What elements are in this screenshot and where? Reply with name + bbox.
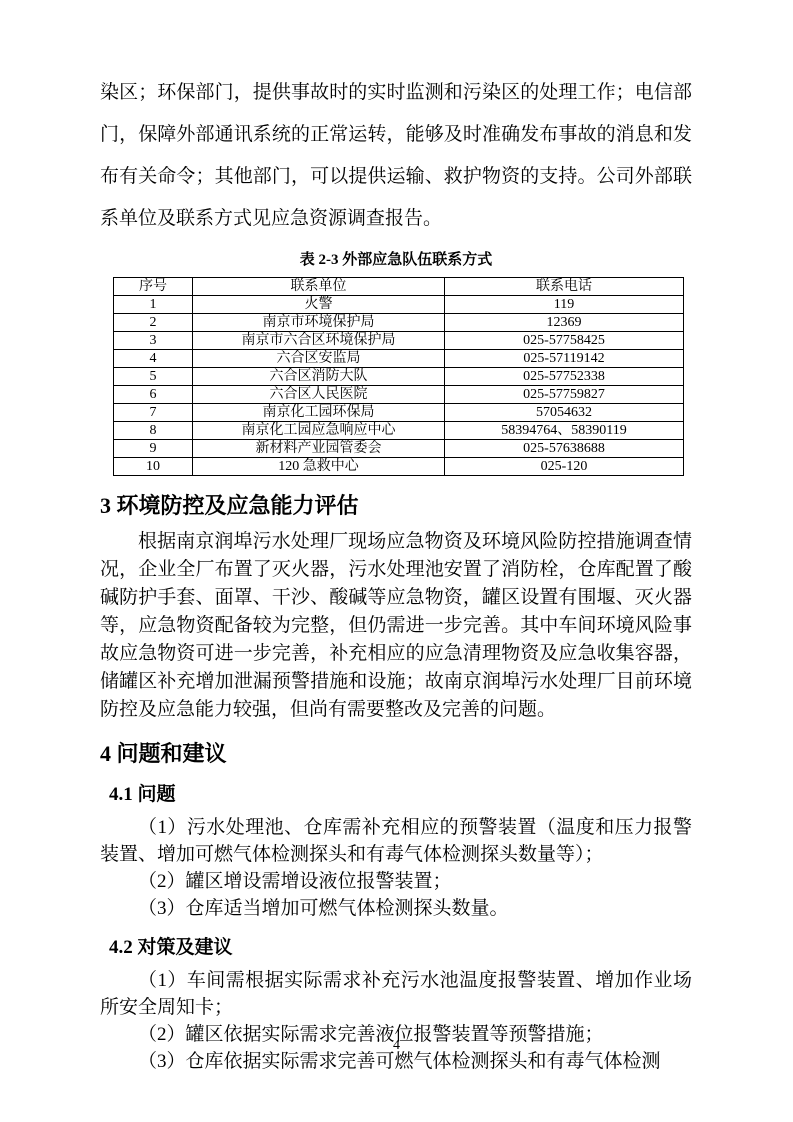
table-cell: 025-57752338 bbox=[445, 368, 684, 386]
table-cell: 六合区安监局 bbox=[193, 350, 445, 368]
list-item: （1）污水处理池、仓库需补充相应的预警装置（温度和压力报警装置、增加可燃气体检测… bbox=[100, 814, 692, 868]
contacts-table: 序号联系单位联系电话 1火警1192南京市环境保护局123693南京市六合区环境… bbox=[113, 277, 684, 476]
table-cell: 3 bbox=[114, 332, 193, 350]
table-cell: 南京市六合区环境保护局 bbox=[193, 332, 445, 350]
table-cell: 12369 bbox=[445, 314, 684, 332]
table-cell: 025-57758425 bbox=[445, 332, 684, 350]
table-cell: 8 bbox=[114, 422, 193, 440]
document-page: 染区；环保部门，提供事故时的实时监测和污染区的处理工作；电信部门，保障外部通讯系… bbox=[0, 0, 793, 1122]
table-header-cell: 联系电话 bbox=[445, 278, 684, 296]
table-row: 6六合区人民医院025-57759827 bbox=[114, 386, 684, 404]
table-row: 10120 急救中心025-120 bbox=[114, 458, 684, 476]
table-row: 2南京市环境保护局12369 bbox=[114, 314, 684, 332]
table-row: 9新材料产业园管委会025-57638688 bbox=[114, 440, 684, 458]
table-cell: 4 bbox=[114, 350, 193, 368]
table-cell: 120 急救中心 bbox=[193, 458, 445, 476]
table-cell: 025-120 bbox=[445, 458, 684, 476]
table-cell: 9 bbox=[114, 440, 193, 458]
table-cell: 10 bbox=[114, 458, 193, 476]
table-header-cell: 联系单位 bbox=[193, 278, 445, 296]
table-row: 8南京化工园应急响应中心58394764、58390119 bbox=[114, 422, 684, 440]
table-cell: 六合区消防大队 bbox=[193, 368, 445, 386]
table-cell: 57054632 bbox=[445, 404, 684, 422]
page-number: 4 bbox=[0, 1038, 793, 1054]
table-body: 1火警1192南京市环境保护局123693南京市六合区环境保护局025-5775… bbox=[114, 296, 684, 476]
table-cell: 025-57119142 bbox=[445, 350, 684, 368]
intro-paragraph: 染区；环保部门，提供事故时的实时监测和污染区的处理工作；电信部门，保障外部通讯系… bbox=[100, 72, 692, 240]
table-cell: 南京化工园应急响应中心 bbox=[193, 422, 445, 440]
table-cell: 5 bbox=[114, 368, 193, 386]
table-header-row: 序号联系单位联系电话 bbox=[114, 278, 684, 296]
table-cell: 025-57759827 bbox=[445, 386, 684, 404]
section-3-heading: 3 环境防控及应急能力评估 bbox=[100, 491, 692, 521]
table-cell: 6 bbox=[114, 386, 193, 404]
section-4-1-heading: 4.1 问题 bbox=[109, 782, 692, 808]
table-cell: 南京市环境保护局 bbox=[193, 314, 445, 332]
table-cell: 火警 bbox=[193, 296, 445, 314]
table-cell: 119 bbox=[445, 296, 684, 314]
list-item: （1）车间需根据实际需求补充污水池温度报警装置、增加作业场所安全周知卡； bbox=[100, 967, 692, 1021]
table-cell: 新材料产业园管委会 bbox=[193, 440, 445, 458]
table-header-cell: 序号 bbox=[114, 278, 193, 296]
table-row: 7南京化工园环保局57054632 bbox=[114, 404, 684, 422]
table-cell: 58394764、58390119 bbox=[445, 422, 684, 440]
section-4-heading: 4 问题和建议 bbox=[100, 739, 692, 769]
list-item: （3）仓库适当增加可燃气体检测探头数量。 bbox=[100, 895, 692, 922]
section-4-2-items: （1）车间需根据实际需求补充污水池温度报警装置、增加作业场所安全周知卡；（2）罐… bbox=[100, 967, 692, 1075]
section-3-paragraph: 根据南京润埠污水处理厂现场应急物资及环境风险防控措施调查情况，企业全厂布置了灭火… bbox=[100, 528, 692, 724]
table-cell: 2 bbox=[114, 314, 193, 332]
table-title: 表 2-3 外部应急队伍联系方式 bbox=[100, 248, 692, 269]
table-row: 5六合区消防大队025-57752338 bbox=[114, 368, 684, 386]
table-row: 4六合区安监局025-57119142 bbox=[114, 350, 684, 368]
table-cell: 1 bbox=[114, 296, 193, 314]
table-row: 3南京市六合区环境保护局025-57758425 bbox=[114, 332, 684, 350]
table-cell: 7 bbox=[114, 404, 193, 422]
section-4-1-items: （1）污水处理池、仓库需补充相应的预警装置（温度和压力报警装置、增加可燃气体检测… bbox=[100, 814, 692, 922]
section-4-2-heading: 4.2 对策及建议 bbox=[109, 935, 692, 961]
table-cell: 六合区人民医院 bbox=[193, 386, 445, 404]
table-cell: 025-57638688 bbox=[445, 440, 684, 458]
table-cell: 南京化工园环保局 bbox=[193, 404, 445, 422]
table-row: 1火警119 bbox=[114, 296, 684, 314]
list-item: （2）罐区增设需增设液位报警装置； bbox=[100, 868, 692, 895]
page-content: 染区；环保部门，提供事故时的实时监测和污染区的处理工作；电信部门，保障外部通讯系… bbox=[100, 72, 692, 1075]
